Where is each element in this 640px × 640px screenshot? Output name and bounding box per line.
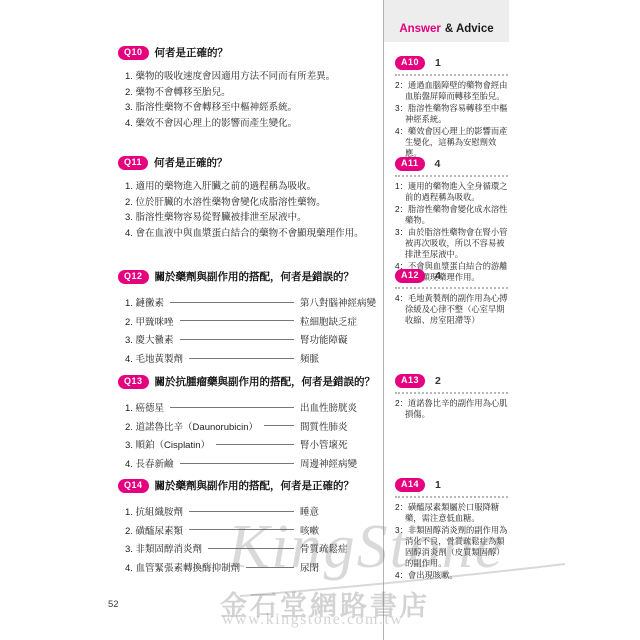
dotted-divider xyxy=(395,74,508,76)
match-right: 周邊神經病變 xyxy=(300,456,382,470)
question-option: 2. 甲巰咪唑 粒細胞缺乏症 xyxy=(125,312,382,331)
answer-header: A14 1 xyxy=(395,478,509,492)
match-left: 4. 長春新鹼 xyxy=(125,456,174,470)
match-right: 粒細胞缺乏症 xyxy=(300,314,382,328)
question-option: 2. 道諾魯比辛（Daunorubicin） 間質性肺炎 xyxy=(125,417,382,436)
question-title: 何者是正確的？ xyxy=(155,45,229,60)
question-header: Q11 何者是正確的？ xyxy=(118,155,382,170)
question-block-q10: Q10 何者是正確的？ 1. 藥物的吸收速度會因適用方法不同而有所差異。 2. … xyxy=(118,45,382,131)
correct-answer-number: 1 xyxy=(435,479,441,491)
answer-advice-header: Answer & Advice xyxy=(384,0,509,42)
answer-explanation: 2：道諾魯比辛的副作用為心肌損傷。 xyxy=(395,398,509,420)
leader-line xyxy=(189,529,294,530)
answer-badge: A11 xyxy=(395,157,425,171)
leader-line xyxy=(216,444,294,445)
match-left: 2. 甲巰咪唑 xyxy=(125,314,174,328)
answer-header: A12 4 xyxy=(395,269,509,283)
question-option: 2. 藥物不會轉移至胎兒。 xyxy=(125,85,382,101)
leader-line xyxy=(180,463,294,464)
question-option: 1. 抗組織胺劑 睡意 xyxy=(125,502,382,521)
match-right: 腎小管壞死 xyxy=(300,437,382,451)
match-right: 頻脈 xyxy=(300,351,382,365)
answer-header: A10 1 xyxy=(395,56,509,70)
dotted-divider xyxy=(395,392,508,394)
leader-line xyxy=(189,358,294,359)
answer-explanation: 2：脂溶性藥物會變化成水溶性藥物。 xyxy=(395,204,509,226)
match-left: 1. 癌德星 xyxy=(125,400,164,414)
question-badge: Q10 xyxy=(118,46,149,60)
match-left: 3. 順鉑（Cisplatin） xyxy=(125,437,210,451)
question-option: 3. 順鉑（Cisplatin） 腎小管壞死 xyxy=(125,435,382,454)
answer-explanation: 1：適用的藥物進入全身循環之前的過程稱為吸收。 xyxy=(395,181,509,203)
question-block-q13: Q13 關於抗腫瘤藥與副作用的搭配，何者是錯誤的？ 1. 癌德星 出血性膀胱炎 … xyxy=(118,374,382,472)
answer-header: A11 4 xyxy=(395,157,509,171)
question-block-q14: Q14 關於藥劑與副作用的搭配，何者是正確的？ 1. 抗組織胺劑 睡意 2. 磺… xyxy=(118,478,382,576)
match-right: 出血性膀胱炎 xyxy=(300,400,382,414)
match-right: 第八對腦神經病變 xyxy=(300,295,382,309)
match-left: 1. 抗組織胺劑 xyxy=(125,504,183,518)
leader-line xyxy=(246,567,294,568)
correct-answer-number: 1 xyxy=(435,57,441,69)
question-header: Q12 關於藥劑與副作用的搭配，何者是錯誤的？ xyxy=(118,269,382,284)
answer-badge: A14 xyxy=(395,478,425,492)
question-option: 3. 脂溶性藥物不會轉移至中樞神經系統。 xyxy=(125,100,382,116)
question-options: 1. 鏈黴素 第八對腦神經病變 2. 甲巰咪唑 粒細胞缺乏症 3. 慶大黴素 腎… xyxy=(118,293,382,367)
question-title: 關於抗腫瘤藥與副作用的搭配，何者是錯誤的？ xyxy=(155,374,376,389)
leader-line xyxy=(170,407,294,408)
question-title: 關於藥劑與副作用的搭配，何者是錯誤的？ xyxy=(155,269,355,284)
question-option: 3. 非類固醇消炎劑 骨質疏鬆症 xyxy=(125,539,382,558)
answer-explanation: 4：藥效會因心理上的影響而產生變化，這稱為安慰劑效應。 xyxy=(395,126,509,159)
answer-header: A13 2 xyxy=(395,374,509,388)
match-left: 3. 非類固醇消炎劑 xyxy=(125,541,202,555)
answer-explanation: 2：磺醯尿素類屬於口服降糖藥，需注意低血糖。 xyxy=(395,502,509,524)
dotted-divider xyxy=(395,496,508,498)
question-option: 1. 鏈黴素 第八對腦神經病變 xyxy=(125,293,382,312)
match-left: 3. 慶大黴素 xyxy=(125,332,174,346)
header-advice-label: & Advice xyxy=(445,23,494,35)
match-right: 腎功能障礙 xyxy=(300,332,382,346)
question-options: 1. 癌德星 出血性膀胱炎 2. 道諾魯比辛（Daunorubicin） 間質性… xyxy=(118,398,382,472)
answer-explanation: 3：由於脂溶性藥物會在腎小管被再次吸收，所以不容易被排泄至尿液中。 xyxy=(395,227,509,260)
question-options: 1. 適用的藥物進入肝臟之前的過程稱為吸收。 2. 位於肝臟的水溶性藥物會變化成… xyxy=(118,179,382,241)
question-block-q12: Q12 關於藥劑與副作用的搭配，何者是錯誤的？ 1. 鏈黴素 第八對腦神經病變 … xyxy=(118,269,382,367)
answer-badge: A12 xyxy=(395,269,425,283)
dotted-divider xyxy=(395,175,508,177)
match-right: 骨質疏鬆症 xyxy=(300,541,382,555)
question-title: 關於藥劑與副作用的搭配，何者是正確的？ xyxy=(155,478,355,493)
match-right: 間質性肺炎 xyxy=(300,419,382,433)
question-option: 4. 藥效不會因心理上的影響而產生變化。 xyxy=(125,116,382,132)
correct-answer-number: 4 xyxy=(435,158,441,170)
watermark-url: www.kingstone.com.tw xyxy=(222,611,403,629)
question-option: 2. 位於肝臟的水溶性藥物會變化成脂溶性藥物。 xyxy=(125,195,382,211)
match-right: 咳嗽 xyxy=(300,523,382,537)
question-badge: Q14 xyxy=(118,479,149,493)
question-header: Q13 關於抗腫瘤藥與副作用的搭配，何者是錯誤的？ xyxy=(118,374,382,389)
answer-badge: A13 xyxy=(395,374,425,388)
answer-explanation: 4：會出現咳嗽。 xyxy=(395,570,509,581)
answer-explanation: 4：毛地黃製劑的副作用為心搏徐緩及心律不整（心室早期收縮、房室阻滯等） xyxy=(395,293,509,326)
question-option: 1. 癌德星 出血性膀胱炎 xyxy=(125,398,382,417)
correct-answer-number: 2 xyxy=(435,375,441,387)
leader-line xyxy=(189,511,294,512)
watermark-store-name: 金石堂網路書店 xyxy=(220,584,430,623)
match-right: 尿閉 xyxy=(300,560,382,574)
question-badge: Q12 xyxy=(118,270,149,284)
question-option: 1. 適用的藥物進入肝臟之前的過程稱為吸收。 xyxy=(125,179,382,195)
header-answer-label: Answer xyxy=(399,23,441,35)
dotted-divider xyxy=(395,287,508,289)
answer-explanation: 3：脂溶性藥物容易轉移至中樞神經系統。 xyxy=(395,103,509,125)
answer-block-a11: A11 4 1：適用的藥物進入全身循環之前的過程稱為吸收。 2：脂溶性藥物會變化… xyxy=(395,157,509,284)
question-options: 1. 藥物的吸收速度會因適用方法不同而有所差異。 2. 藥物不會轉移至胎兒。 3… xyxy=(118,69,382,131)
question-block-q11: Q11 何者是正確的？ 1. 適用的藥物進入肝臟之前的過程稱為吸收。 2. 位於… xyxy=(118,155,382,241)
leader-line xyxy=(170,302,294,303)
question-badge: Q11 xyxy=(118,156,148,170)
leader-line xyxy=(264,425,294,426)
question-header: Q14 關於藥劑與副作用的搭配，何者是正確的？ xyxy=(118,478,382,493)
question-option: 2. 磺醯尿素類 咳嗽 xyxy=(125,521,382,540)
match-left: 2. 磺醯尿素類 xyxy=(125,523,183,537)
answer-block-a14: A14 1 2：磺醯尿素類屬於口服降糖藥，需注意低血糖。 3：非類固醇消炎劑的副… xyxy=(395,478,509,582)
answer-badge: A10 xyxy=(395,56,425,70)
page-number: 52 xyxy=(108,599,119,610)
answer-explanation: 3：非類固醇消炎劑的副作用為消化不良，骨質疏鬆症為類固醇消炎劑（皮質類固醇）的副… xyxy=(395,525,509,569)
question-options: 1. 抗組織胺劑 睡意 2. 磺醯尿素類 咳嗽 3. 非類固醇消炎劑 骨質疏鬆症… xyxy=(118,502,382,576)
answer-explanation: 2：通過血腦障壁的藥物會經由血胎盤屏障而轉移至胎兒。 xyxy=(395,80,509,102)
match-left: 4. 毛地黃製劑 xyxy=(125,351,183,365)
match-left: 2. 道諾魯比辛（Daunorubicin） xyxy=(125,419,258,433)
answer-block-a10: A10 1 2：通過血腦障壁的藥物會經由血胎盤屏障而轉移至胎兒。 3：脂溶性藥物… xyxy=(395,56,509,160)
question-option: 4. 血管緊張素轉換酶抑制劑 尿閉 xyxy=(125,558,382,577)
question-option: 3. 脂溶性藥物容易從腎臟被排泄至尿液中。 xyxy=(125,210,382,226)
question-option: 4. 毛地黃製劑 頻脈 xyxy=(125,349,382,368)
correct-answer-number: 4 xyxy=(435,270,441,282)
leader-line xyxy=(180,339,294,340)
question-option: 1. 藥物的吸收速度會因適用方法不同而有所差異。 xyxy=(125,69,382,85)
match-right: 睡意 xyxy=(300,504,382,518)
question-title: 何者是正確的？ xyxy=(154,155,228,170)
answer-block-a13: A13 2 2：道諾魯比辛的副作用為心肌損傷。 xyxy=(395,374,509,421)
question-option: 4. 長春新鹼 周邊神經病變 xyxy=(125,454,382,473)
column-divider xyxy=(383,0,384,640)
question-header: Q10 何者是正確的？ xyxy=(118,45,382,60)
leader-line xyxy=(208,548,294,549)
answer-block-a12: A12 4 4：毛地黃製劑的副作用為心搏徐緩及心律不整（心室早期收縮、房室阻滯等… xyxy=(395,269,509,327)
match-left: 1. 鏈黴素 xyxy=(125,295,164,309)
question-option: 4. 會在血液中與血漿蛋白結合的藥物不會顯現藥理作用。 xyxy=(125,226,382,242)
match-left: 4. 血管緊張素轉換酶抑制劑 xyxy=(125,560,240,574)
question-option: 3. 慶大黴素 腎功能障礙 xyxy=(125,330,382,349)
question-badge: Q13 xyxy=(118,375,149,389)
leader-line xyxy=(180,320,294,321)
